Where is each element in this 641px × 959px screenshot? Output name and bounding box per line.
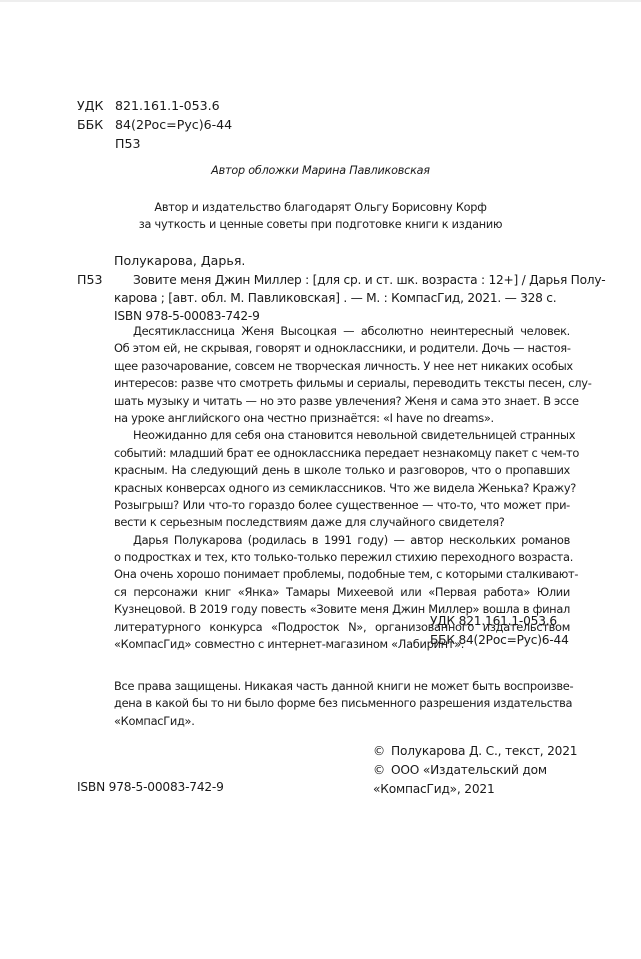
annotation-line: Розыгрыш? Или что-то гораздо более сущес… [114, 497, 570, 514]
annotation-line: шать музыку и читать — но это разве увле… [114, 393, 570, 410]
udk-value: 821.161.1-053.6 [115, 96, 220, 115]
classification-repeat: УДК 821.161.1-053.6 ББК 84(2Рос=Рус)6-44 [430, 612, 569, 650]
acknowledgement-line: Автор и издательство благодарят Ольгу Бо… [0, 199, 641, 216]
acknowledgement: Автор и издательство благодарят Ольгу Бо… [0, 199, 641, 233]
annotation: Десятиклассница Женя Высоцкая — абсолютн… [114, 323, 570, 653]
acknowledgement-line: за чуткость и ценные советы при подготов… [0, 216, 641, 233]
annotation-line: Об этом ей, не скрывая, говорят и однокл… [114, 340, 570, 357]
udk-label: УДК [77, 96, 115, 115]
cover-credit: Автор обложки Марина Павликовская [0, 163, 641, 179]
copyright-icon: © [373, 742, 391, 761]
bbk-row: ББК 84(2Рос=Рус)6-44 [77, 115, 232, 134]
annotation-line: ся персонажи книг «Янка» Тамары Михеевой… [114, 584, 570, 601]
bbk-value: 84(2Рос=Рус)6-44 [115, 115, 232, 134]
author-mark: П53 [115, 134, 141, 153]
copyright-icon: © [373, 761, 391, 780]
copyright-line: ©Полукарова Д. С., текст, 2021 [373, 742, 577, 761]
classification-codes: УДК 821.161.1-053.6 ББК 84(2Рос=Рус)6-44… [77, 96, 232, 153]
annotation-line: интересов: разве что смотреть фильмы и с… [114, 375, 570, 392]
copyright-block: ©Полукарова Д. С., текст, 2021 ©ООО «Изд… [373, 742, 577, 799]
bib-line: Зовите меня Джин Миллер : [для ср. и ст.… [114, 271, 570, 289]
bbk-label: ББК [77, 115, 115, 134]
rights-line: Все права защищены. Никакая часть данной… [114, 678, 570, 695]
rights-notice: Все права защищены. Никакая часть данной… [114, 678, 570, 730]
annotation-line: вести к серьезным последствиям даже для … [114, 514, 570, 531]
annotation-line: Неожиданно для себя она становится невол… [114, 427, 570, 444]
annotation-line: на уроке английского она честно признаёт… [114, 410, 570, 427]
copyright-line: «КомпасГид», 2021 [373, 780, 577, 799]
annotation-line: красным. На следующий день в школе тольк… [114, 462, 570, 479]
top-edge-strip [0, 0, 641, 2]
annotation-line: Дарья Полукарова (родилась в 1991 году) … [114, 532, 570, 549]
bib-author-heading: Полукарова, Дарья. [114, 252, 245, 270]
author-mark-row: П53 [77, 134, 232, 153]
isbn: ISBN 978-5-00083-742-9 [77, 778, 224, 796]
udk-row: УДК 821.161.1-053.6 [77, 96, 232, 115]
copyright-line: ©ООО «Издательский дом [373, 761, 577, 780]
bib-record: Зовите меня Джин Миллер : [для ср. и ст.… [114, 271, 570, 325]
annotation-line: Она очень хорошо понимает проблемы, подо… [114, 566, 570, 583]
annotation-line: событий: младший брат ее одноклассника п… [114, 445, 570, 462]
bib-author-mark: П53 [77, 271, 103, 289]
bbk-repeat: ББК 84(2Рос=Рус)6-44 [430, 631, 569, 650]
bib-line: карова ; [авт. обл. М. Павликовская] . —… [114, 289, 570, 307]
annotation-line: о подростках и тех, кто только-только пе… [114, 549, 570, 566]
annotation-line: красных конверсах одного из семиклассник… [114, 480, 570, 497]
annotation-line: Десятиклассница Женя Высоцкая — абсолютн… [114, 323, 570, 340]
udk-repeat: УДК 821.161.1-053.6 [430, 612, 569, 631]
rights-line: «КомпасГид». [114, 713, 570, 730]
rights-line: дена в какой бы то ни было форме без пис… [114, 695, 570, 712]
annotation-line: щее разочарование, совсем не творческая … [114, 358, 570, 375]
